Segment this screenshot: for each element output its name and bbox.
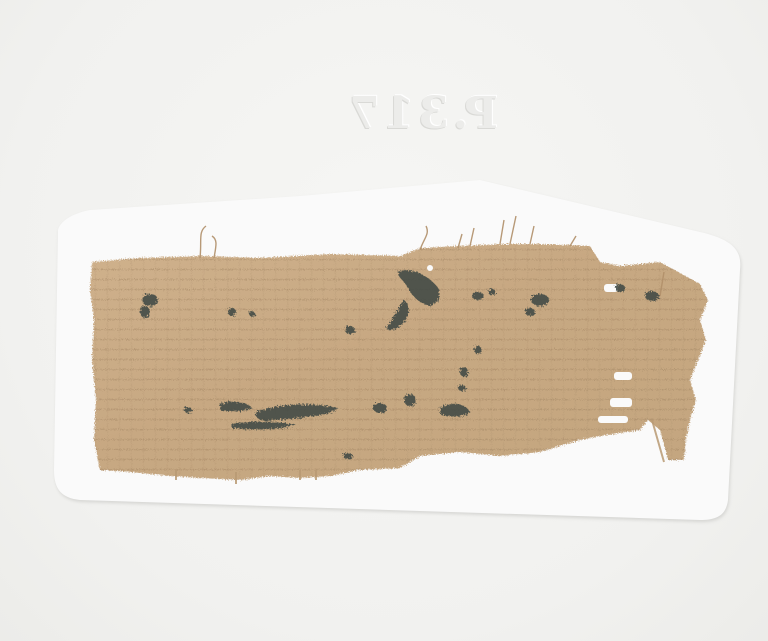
papyrus-fragment (0, 0, 768, 641)
